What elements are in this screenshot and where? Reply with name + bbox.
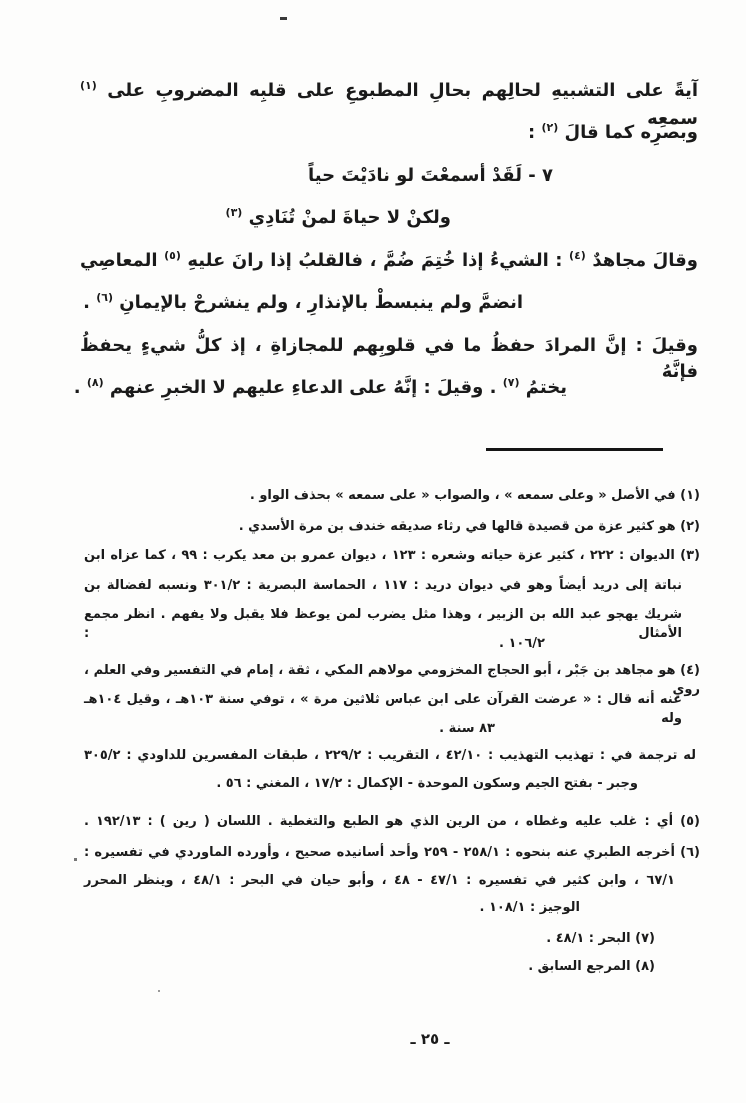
footnote-line: نباتة إلى دريد أيضاً وهو في ديوان دريد :… <box>84 576 682 595</box>
footnotes-block: (١) في الأصل « وعلى سمعه » ، والصواب « ع… <box>84 0 700 1000</box>
footnote-line: (٦) أخرجه الطبري عنه بنحوه : ٢٥٨/١ - ٢٥٩… <box>84 843 700 862</box>
footnote-line: (١) في الأصل « وعلى سمعه » ، والصواب « ع… <box>250 486 700 505</box>
scan-artifact <box>74 858 77 861</box>
footnote-line: الوجيز : ١٠٨/١ . <box>480 898 580 917</box>
footnote-line: (٣) الديوان : ٢٢٢ ، كثير عزة حياته وشعره… <box>84 546 700 565</box>
footnote-line: ١٠٦/٢ . <box>499 634 545 653</box>
footnote-line: له ترجمة في : تهذيب التهذيب : ٤٢/١٠ ، ال… <box>84 746 696 765</box>
footnote-line: (٥) أي : غلب عليه وغطاه ، من الرين الذي … <box>84 812 700 831</box>
page-number: ـ ٢٥ ـ <box>388 1030 472 1048</box>
footnote-line: (٨) المرجع السابق . <box>528 957 655 976</box>
footnote-line: (٢) هو كثير عزة من قصيدة قالها في رثاء ص… <box>239 517 700 536</box>
footnote-line: ٦٧/١ ، وابن كثير في تفسيره : ٤٧/١ - ٤٨ ،… <box>84 871 675 890</box>
scanned-document-page: آيةً على التشبيهِ لحالِهم بحالِ المطبوعِ… <box>0 0 746 1103</box>
footnote-line: شريك يهجو عبد الله بن الزبير ، وهذا مثل … <box>84 605 682 643</box>
footnote-line: ٨٣ سنة . <box>439 719 495 738</box>
footnote-line: (٧) البحر : ٤٨/١ . <box>546 929 655 948</box>
footnote-line: وجبر - بفتح الجيم وسكون الموحدة - الإكما… <box>216 774 638 793</box>
footnote-line: عنه أنه قال : « عرضت القرآن على ابن عباس… <box>84 690 682 728</box>
